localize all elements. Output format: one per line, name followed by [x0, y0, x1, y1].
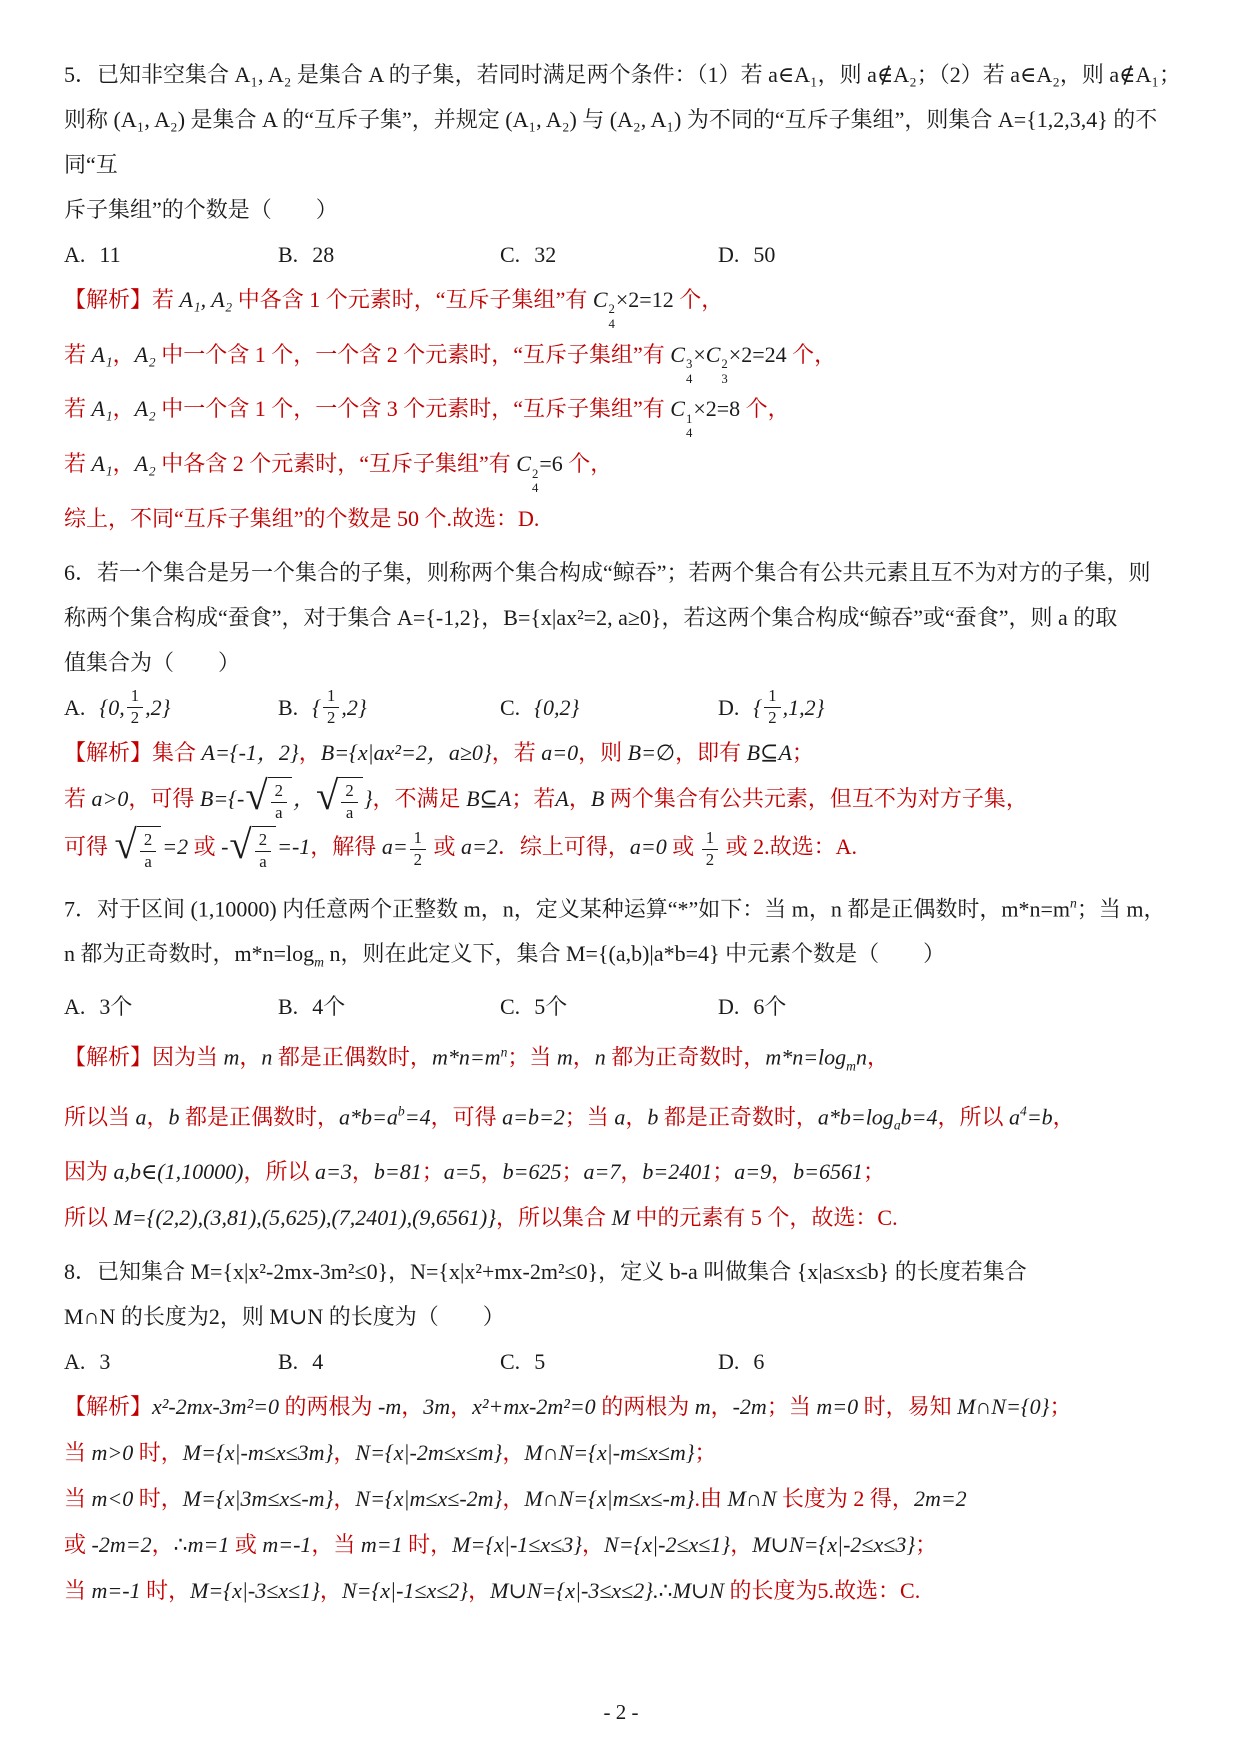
text-run: C	[593, 287, 608, 312]
superscript: n	[1070, 896, 1077, 921]
text-run: 28	[312, 232, 334, 277]
text-run: N={x|m≤x≤-2m}	[355, 1486, 502, 1511]
text-run: 3m	[423, 1394, 450, 1419]
sup-sub-stack: 23	[720, 357, 728, 386]
solution-line: 所以 M={(2,2),(3,81),(5,625),(7,2401),(9,6…	[64, 1195, 1182, 1241]
solution-line: 若 A₁，A₂ 中一个含 1 个，一个含 3 个元素时，“互斥子集组”有 C14…	[64, 386, 1182, 441]
text-run: b	[647, 1104, 658, 1129]
text-run: C.	[900, 1578, 920, 1603]
text-run: =-1	[277, 834, 310, 859]
text-run: ；	[712, 1159, 734, 1184]
text-run: a=0	[541, 740, 578, 765]
text-run: A={-1，2}	[202, 740, 299, 765]
text-run: 所以	[64, 1205, 114, 1230]
text-run: N={x|-2m≤x≤m}	[355, 1440, 502, 1465]
text-run: 若	[64, 396, 92, 421]
text-run: 11	[99, 232, 120, 277]
text-run: 中各含 1 个元素时，“互斥子集组”有	[232, 287, 593, 312]
text-run: 【解析】集合	[64, 740, 202, 765]
text-run: ，	[333, 1486, 355, 1511]
solution-block: 【解析】若 A₁, A₂ 中各含 1 个元素时，“互斥子集组”有 C24×2=1…	[64, 277, 1182, 542]
text-run: b	[169, 1104, 180, 1129]
text-run: B⊆A	[747, 740, 792, 765]
text-run: ,2}	[145, 685, 170, 730]
option-C: C.{0,2}	[500, 685, 718, 730]
text-run: M={x|-1≤x≤3}	[452, 1532, 582, 1557]
text-run: ，	[569, 786, 591, 811]
options-row: A.11B.28C.32D.50	[64, 232, 1182, 277]
text-run: 5．已知非空集合 A₁, A₂ 是集合 A 的子集，若同时满足两个条件：（1）若…	[64, 62, 1181, 87]
text-run: M∪N={x|-3≤x≤2}	[490, 1578, 653, 1603]
text-run: 都是正偶数时，	[272, 1045, 432, 1070]
text-run: C	[670, 396, 685, 421]
option-label: B.	[278, 984, 298, 1029]
text-run: A₂	[135, 396, 156, 421]
text-run: ；当 m，	[1077, 896, 1166, 921]
options-row: A.3个B.4个C.5个D.6个	[64, 984, 1182, 1029]
text-run: ，	[147, 1104, 169, 1129]
solution-line: 当 m>0 时，M={x|-m≤x≤3m}，N={x|-2m≤x≤m}，M∩N=…	[64, 1430, 1182, 1476]
text-run: ；	[561, 1159, 583, 1184]
text-run: M	[612, 1205, 630, 1230]
text-run: 时，	[133, 1486, 183, 1511]
subscript: m	[314, 941, 324, 966]
text-run: N={x|-2≤x≤1}	[604, 1532, 730, 1557]
text-run: m*n=log	[765, 1045, 846, 1070]
text-run: 可得	[64, 834, 114, 859]
solution-line: 当 m=-1 时，M={x|-3≤x≤1}，N={x|-1≤x≤2}，M∪N={…	[64, 1568, 1182, 1614]
text-run: ，	[320, 1578, 342, 1603]
solution-block: 【解析】集合 A={-1，2}，B={x|ax²=2，a≥0}，若 a=0，则 …	[64, 730, 1182, 873]
text-run: A₁	[92, 451, 113, 476]
text-run: C	[670, 342, 685, 367]
text-run: n	[856, 1045, 867, 1070]
fraction: 12	[410, 828, 426, 871]
option-label: B.	[278, 685, 298, 730]
text-run: C.	[877, 1205, 897, 1230]
text-run: 中的元素有 5 个，故选：	[630, 1205, 878, 1230]
text-run: 4个	[312, 984, 345, 1029]
text-run: C	[706, 342, 721, 367]
solution-line: 若 A₁，A₂ 中一个含 1 个，一个含 2 个元素时，“互斥子集组”有 C34…	[64, 332, 1182, 387]
text-run: =4	[405, 1104, 431, 1129]
text-run: a=0	[630, 834, 667, 859]
option-C: C.5个	[500, 984, 718, 1029]
text-run: B={x|ax²=2，a≥0}	[321, 740, 492, 765]
text-run: ，	[113, 342, 135, 367]
option-A: A.{0,12,2}	[64, 685, 278, 730]
option-B: B.28	[278, 232, 500, 277]
text-run: ；若	[511, 786, 555, 811]
text-run: -	[221, 834, 228, 859]
text-run: B	[591, 786, 604, 811]
text-run: 时，易知	[858, 1394, 957, 1419]
problem-7: 7．对于区间 (1,10000) 内任意两个正整数 m，n，定义某种运算“*”如…	[64, 881, 1182, 1241]
solution-line: 因为 a,b∈(1,10000)，所以 a=3，b=81；a=5，b=625；a…	[64, 1149, 1182, 1195]
text-run: M∩N={0}	[957, 1394, 1049, 1419]
text-run: 6	[753, 1339, 764, 1384]
options-row: A.3B.4C.5D.6	[64, 1339, 1182, 1384]
option-label: C.	[500, 1339, 520, 1384]
text-run: 32	[534, 232, 556, 277]
text-run: m>0	[92, 1440, 134, 1465]
text-run: ，	[582, 1532, 604, 1557]
text-run: b=6561	[793, 1159, 863, 1184]
sqrt-fraction: √2a	[245, 777, 292, 824]
problem-6: 6．若一个集合是另一个集合的子集，则称两个集合构成“鲸吞”；若两个集合有公共元素…	[64, 550, 1182, 873]
text-run: ,1,2}	[783, 685, 825, 730]
text-run: ，	[333, 1440, 355, 1465]
text-run: a	[1009, 1104, 1020, 1129]
text-run: 都为正奇数时，	[606, 1045, 766, 1070]
text-run: M∩N={x|-m≤x≤m}	[524, 1440, 694, 1465]
text-run: ；当	[767, 1394, 817, 1419]
text-run: ×2=24	[729, 342, 787, 367]
sqrt-fraction: √2a	[229, 826, 276, 873]
text-run: 的两根为	[596, 1394, 695, 1419]
text-run: ×2=12	[616, 287, 674, 312]
text-run: m	[695, 1394, 711, 1419]
text-run: ，	[502, 1440, 524, 1465]
text-run: A.	[836, 834, 857, 859]
text-run: ．综上可得，	[498, 834, 630, 859]
option-label: B.	[278, 232, 298, 277]
text-run: 6．若一个集合是另一个集合的子集，则称两个集合构成“鲸吞”；若两个集合有公共元素…	[64, 560, 1151, 585]
solution-line: 【解析】若 A₁, A₂ 中各含 1 个元素时，“互斥子集组”有 C24×2=1…	[64, 277, 1182, 332]
stem-line: M∩N 的长度为2，则 M∪N 的长度为（ ）	[64, 1294, 1182, 1339]
text-run: ，当	[311, 1532, 361, 1557]
text-run: m=0	[816, 1394, 858, 1419]
text-run: 当	[64, 1486, 92, 1511]
text-run: n	[595, 1045, 606, 1070]
stem-line: 7．对于区间 (1,10000) 内任意两个正整数 m，n，定义某种运算“*”如…	[64, 881, 1182, 931]
text-run: 所以当	[64, 1104, 136, 1129]
text-run: 或	[188, 834, 221, 859]
text-run: a=	[382, 834, 408, 859]
text-run: }	[364, 786, 373, 811]
text-run: M∩N={x|m≤x≤-m}	[524, 1486, 694, 1511]
text-run: ；	[1049, 1394, 1071, 1419]
text-run: ,2}	[341, 685, 366, 730]
solution-line: 【解析】因为当 m，n 都是正偶数时，m*n=mn；当 m，n 都为正奇数时，m…	[64, 1029, 1182, 1089]
text-run: 若	[64, 342, 92, 367]
option-D: D.6	[718, 1339, 1182, 1384]
text-run: A₁	[92, 342, 113, 367]
text-run: 50	[753, 232, 775, 277]
text-run: -2m	[733, 1394, 767, 1419]
text-run: ，可得	[128, 786, 200, 811]
text-run: ×2=8	[693, 396, 740, 421]
text-run: 8．已知集合 M={x|x²-2mx-3m²≤0}，N={x|x²+mx-2m²…	[64, 1259, 1027, 1284]
text-run: 2m=2	[914, 1486, 967, 1511]
solution-line: 若 a>0，可得 B={-√2a，√2a}，不满足 B⊆A；若A，B 两个集合有…	[64, 776, 1182, 824]
text-run: ；当	[507, 1045, 557, 1070]
text-run: ；	[863, 1159, 885, 1184]
options-row: A.{0,12,2}B.{12,2}C.{0,2}D.{12,1,2}	[64, 685, 1182, 730]
subscript: a	[894, 1104, 901, 1129]
text-run: ，	[401, 1394, 423, 1419]
text-run: a=2	[461, 834, 498, 859]
problem-8: 8．已知集合 M={x|x²-2mx-3m²≤0}，N={x|x²+mx-2m²…	[64, 1249, 1182, 1614]
option-A: A.3	[64, 1339, 278, 1384]
text-run: A₂	[135, 342, 156, 367]
text-run: ，	[113, 451, 135, 476]
text-run: n 都为正奇数时，m*n=log	[64, 941, 314, 966]
text-run: =b	[1027, 1104, 1053, 1129]
text-run: .∴	[653, 1578, 673, 1603]
text-run: m=-1	[262, 1532, 311, 1557]
text-run: ；	[422, 1159, 444, 1184]
text-run: 时，	[141, 1578, 191, 1603]
text-run: ，	[450, 1394, 472, 1419]
solution-line: 综上，不同“互斥子集组”的个数是 50 个.故选：D.	[64, 496, 1182, 542]
text-run: ，可得	[431, 1104, 503, 1129]
text-run: M∪N={x|-2≤x≤3}	[752, 1532, 915, 1557]
text-run: 个，	[787, 342, 837, 367]
stem-line: 5．已知非空集合 A₁, A₂ 是集合 A 的子集，若同时满足两个条件：（1）若…	[64, 52, 1182, 97]
text-run: 5个	[534, 984, 567, 1029]
text-run: M={x|-m≤x≤3m}	[183, 1440, 334, 1465]
option-A: A.3个	[64, 984, 278, 1029]
text-run: ，	[573, 1045, 595, 1070]
text-run: 因为	[64, 1159, 114, 1184]
text-run: m	[224, 1045, 240, 1070]
text-run: A₁	[92, 396, 113, 421]
stem-line: 8．已知集合 M={x|x²-2mx-3m²≤0}，N={x|x²+mx-2m²…	[64, 1249, 1182, 1294]
text-run: ，	[239, 1045, 261, 1070]
text-run: x²-2mx-3m²=0	[152, 1394, 279, 1419]
text-run: a	[614, 1104, 625, 1129]
text-run: M∪N	[673, 1578, 724, 1603]
text-run: N={x|-1≤x≤2}	[342, 1578, 468, 1603]
text-run: 则称 (A₁, A₂) 是集合 A 的“互斥子集”，并规定 (A₁, A₂) 与…	[64, 107, 1157, 177]
text-run: b=625	[503, 1159, 562, 1184]
solution-block: 【解析】x²-2mx-3m²=0 的两根为 -m，3m，x²+mx-2m²=0 …	[64, 1384, 1182, 1614]
option-C: C.32	[500, 232, 718, 277]
solution-line: 若 A₁，A₂ 中各含 2 个元素时，“互斥子集组”有 C24=6 个，	[64, 441, 1182, 496]
text-run: {	[753, 685, 762, 730]
fraction: 12	[764, 686, 780, 729]
text-run: 4	[312, 1339, 323, 1384]
text-run: 3	[99, 1339, 110, 1384]
text-run: ；	[915, 1532, 937, 1557]
text-run: a*b=a	[339, 1104, 398, 1129]
text-run: ，	[620, 1159, 642, 1184]
option-label: C.	[500, 685, 520, 730]
text-run: ∴m=1	[174, 1532, 230, 1557]
text-run: B={-	[200, 786, 244, 811]
text-run: 两个集合有公共元素，但互不为对方子集，	[604, 786, 1028, 811]
text-run: 当	[64, 1440, 92, 1465]
superscript: 4	[1020, 1104, 1027, 1129]
text-run: a=9	[734, 1159, 771, 1184]
text-run: ，所以	[243, 1159, 315, 1184]
text-run: -2m=2	[92, 1532, 152, 1557]
text-run: a	[136, 1104, 147, 1129]
text-run: 或	[229, 1532, 262, 1557]
text-run: m*n=m	[432, 1045, 501, 1070]
stem-line: 值集合为（ ）	[64, 640, 1182, 685]
text-run: a>0	[92, 786, 129, 811]
option-label: C.	[500, 984, 520, 1029]
text-run: 综上，不同“互斥子集组”的个数是 50 个.故选：	[64, 506, 518, 531]
option-D: D.6个	[718, 984, 1182, 1029]
text-run: 中一个含 1 个，一个含 3 个元素时，“互斥子集组”有	[156, 396, 671, 421]
option-label: D.	[718, 1339, 739, 1384]
text-run: 都是正奇数时，	[658, 1104, 818, 1129]
stem-line: 6．若一个集合是另一个集合的子集，则称两个集合构成“鲸吞”；若两个集合有公共元素…	[64, 550, 1182, 595]
text-run: n，则在此定义下，集合 M={(a,b)|a*b=4} 中元素个数是（ ）	[324, 941, 945, 966]
stem-line: n 都为正奇数时，m*n=logm n，则在此定义下，集合 M={(a,b)|a…	[64, 931, 1182, 984]
text-run: 值集合为（ ）	[64, 650, 240, 675]
option-B: B.{12,2}	[278, 685, 500, 730]
text-run: B⊆A	[466, 786, 511, 811]
text-run: M∩N	[728, 1486, 777, 1511]
text-run: ，即有	[675, 740, 747, 765]
text-run: 的长度为5.故选：	[724, 1578, 900, 1603]
text-run: 当	[64, 1578, 92, 1603]
subscript: m	[846, 1045, 856, 1070]
text-run: 或	[64, 1532, 92, 1557]
solution-line: 所以当 a，b 都是正偶数时，a*b=ab=4，可得 a=b=2；当 a，b 都…	[64, 1089, 1182, 1149]
text-run: 7．对于区间 (1,10000) 内任意两个正整数 m，n，定义某种运算“*”如…	[64, 896, 1070, 921]
text-run: ×	[693, 342, 705, 367]
text-run: {0,	[99, 685, 124, 730]
text-run: 或	[667, 834, 700, 859]
option-D: D.50	[718, 232, 1182, 277]
text-run: m=-1	[92, 1578, 141, 1603]
text-run: M={(2,2),(3,81),(5,625),(7,2401),(9,6561…	[114, 1205, 497, 1230]
text-run: A₂	[135, 451, 156, 476]
text-run: 个，	[674, 287, 724, 312]
text-run: 时，	[403, 1532, 453, 1557]
text-run: =2	[162, 834, 188, 859]
text-run: a=7	[583, 1159, 620, 1184]
text-run: n	[261, 1045, 272, 1070]
text-run: m<0	[92, 1486, 134, 1511]
option-label: D.	[718, 685, 739, 730]
text-run: 中各含 2 个元素时，“互斥子集组”有	[156, 451, 517, 476]
sqrt-fraction: √2a	[115, 826, 162, 873]
superscript: b	[398, 1104, 405, 1129]
text-run: 中一个含 1 个，一个含 2 个元素时，“互斥子集组”有	[156, 342, 671, 367]
text-run: 都是正偶数时，	[180, 1104, 340, 1129]
option-label: B.	[278, 1339, 298, 1384]
stem-line: 斥子集组”的个数是（ ）	[64, 187, 1182, 232]
text-run: ，	[352, 1159, 374, 1184]
option-label: D.	[718, 984, 739, 1029]
text-run: ，	[152, 1532, 174, 1557]
option-label: A.	[64, 984, 85, 1029]
text-run: M∩N 的长度为2，则 M∪N 的长度为（ ）	[64, 1304, 505, 1329]
text-run: A	[555, 786, 568, 811]
solution-line: 可得 √2a=2 或 -√2a=-1，解得 a=12 或 a=2．综上可得，a=…	[64, 824, 1182, 872]
sqrt-fraction: √2a	[316, 777, 363, 824]
text-run: ，	[625, 1104, 647, 1129]
text-run: a=b=2	[502, 1104, 565, 1129]
option-A: A.11	[64, 232, 278, 277]
text-run: ，	[730, 1532, 752, 1557]
text-run: {	[312, 685, 321, 730]
text-run: A₁, A₂	[180, 287, 233, 312]
text-run: x²+mx-2m²=0	[472, 1394, 596, 1419]
text-run: 若	[64, 451, 92, 476]
text-run: 【解析】若	[64, 287, 180, 312]
fraction: 12	[323, 686, 339, 729]
option-label: A.	[64, 685, 85, 730]
text-run: 的两根为	[279, 1394, 378, 1419]
text-run: 3个	[99, 984, 132, 1029]
text-run: ，	[502, 1486, 524, 1511]
option-label: A.	[64, 1339, 85, 1384]
text-run: .由	[695, 1486, 728, 1511]
text-run: -m	[378, 1394, 401, 1419]
footer-page-number: - 2 -	[0, 1700, 1242, 1725]
text-run: m	[557, 1045, 573, 1070]
option-label: D.	[718, 232, 739, 277]
text-run: ，所以集合	[496, 1205, 612, 1230]
solution-line: 【解析】x²-2mx-3m²=0 的两根为 -m，3m，x²+mx-2m²=0 …	[64, 1384, 1182, 1430]
text-run: ，	[711, 1394, 733, 1419]
text-run: ；	[695, 1440, 717, 1465]
text-run: ，解得	[310, 834, 382, 859]
solution-block: 【解析】因为当 m，n 都是正偶数时，m*n=mn；当 m，n 都为正奇数时，m…	[64, 1029, 1182, 1240]
text-run: =6	[539, 451, 562, 476]
text-run: M={x|-3≤x≤1}	[190, 1578, 320, 1603]
option-label: C.	[500, 232, 520, 277]
text-run: a=3	[315, 1159, 352, 1184]
solution-line: 或 -2m=2，∴m=1 或 m=-1，当 m=1 时，M={x|-1≤x≤3}…	[64, 1522, 1182, 1568]
option-D: D.{12,1,2}	[718, 685, 1182, 730]
text-run: ，则	[578, 740, 628, 765]
text-run: 【解析】	[64, 1394, 152, 1419]
text-run: ，	[293, 786, 315, 811]
text-run: ，	[867, 1045, 889, 1070]
text-run: 时，	[133, 1440, 183, 1465]
text-run: ，	[771, 1159, 793, 1184]
text-run: ，	[468, 1578, 490, 1603]
text-run: B=∅	[628, 740, 675, 765]
document-page: 5．已知非空集合 A₁, A₂ 是集合 A 的子集，若同时满足两个条件：（1）若…	[0, 0, 1242, 1614]
text-run: 个，	[740, 396, 790, 421]
text-run: 5	[534, 1339, 545, 1384]
option-B: B.4	[278, 1339, 500, 1384]
text-run: b=4	[901, 1104, 938, 1129]
text-run: D.	[518, 506, 539, 531]
text-run: ，所以	[937, 1104, 1009, 1129]
text-run: 长度为 2 得，	[776, 1486, 914, 1511]
text-run: ，若	[492, 740, 542, 765]
text-run: 个，	[563, 451, 613, 476]
solution-line: 当 m<0 时，M={x|3m≤x≤-m}，N={x|m≤x≤-2m}，M∩N=…	[64, 1476, 1182, 1522]
sup-sub-stack: 24	[608, 302, 616, 331]
text-run: 若	[64, 786, 92, 811]
text-run: {0,2}	[534, 685, 579, 730]
problem-5: 5．已知非空集合 A₁, A₂ 是集合 A 的子集，若同时满足两个条件：（1）若…	[64, 52, 1182, 542]
text-run: ，不满足	[373, 786, 467, 811]
text-run: 或	[428, 834, 461, 859]
problems-list: 5．已知非空集合 A₁, A₂ 是集合 A 的子集，若同时满足两个条件：（1）若…	[64, 52, 1182, 1614]
fraction: 12	[127, 686, 143, 729]
text-run: a,b∈(1,10000)	[114, 1159, 244, 1184]
text-run: 斥子集组”的个数是（ ）	[64, 197, 338, 222]
text-run: 【解析】因为当	[64, 1045, 224, 1070]
text-run: a=5	[444, 1159, 481, 1184]
text-run: ，	[481, 1159, 503, 1184]
option-B: B.4个	[278, 984, 500, 1029]
text-run: ，	[113, 396, 135, 421]
stem-line: 则称 (A₁, A₂) 是集合 A 的“互斥子集”，并规定 (A₁, A₂) 与…	[64, 97, 1182, 187]
